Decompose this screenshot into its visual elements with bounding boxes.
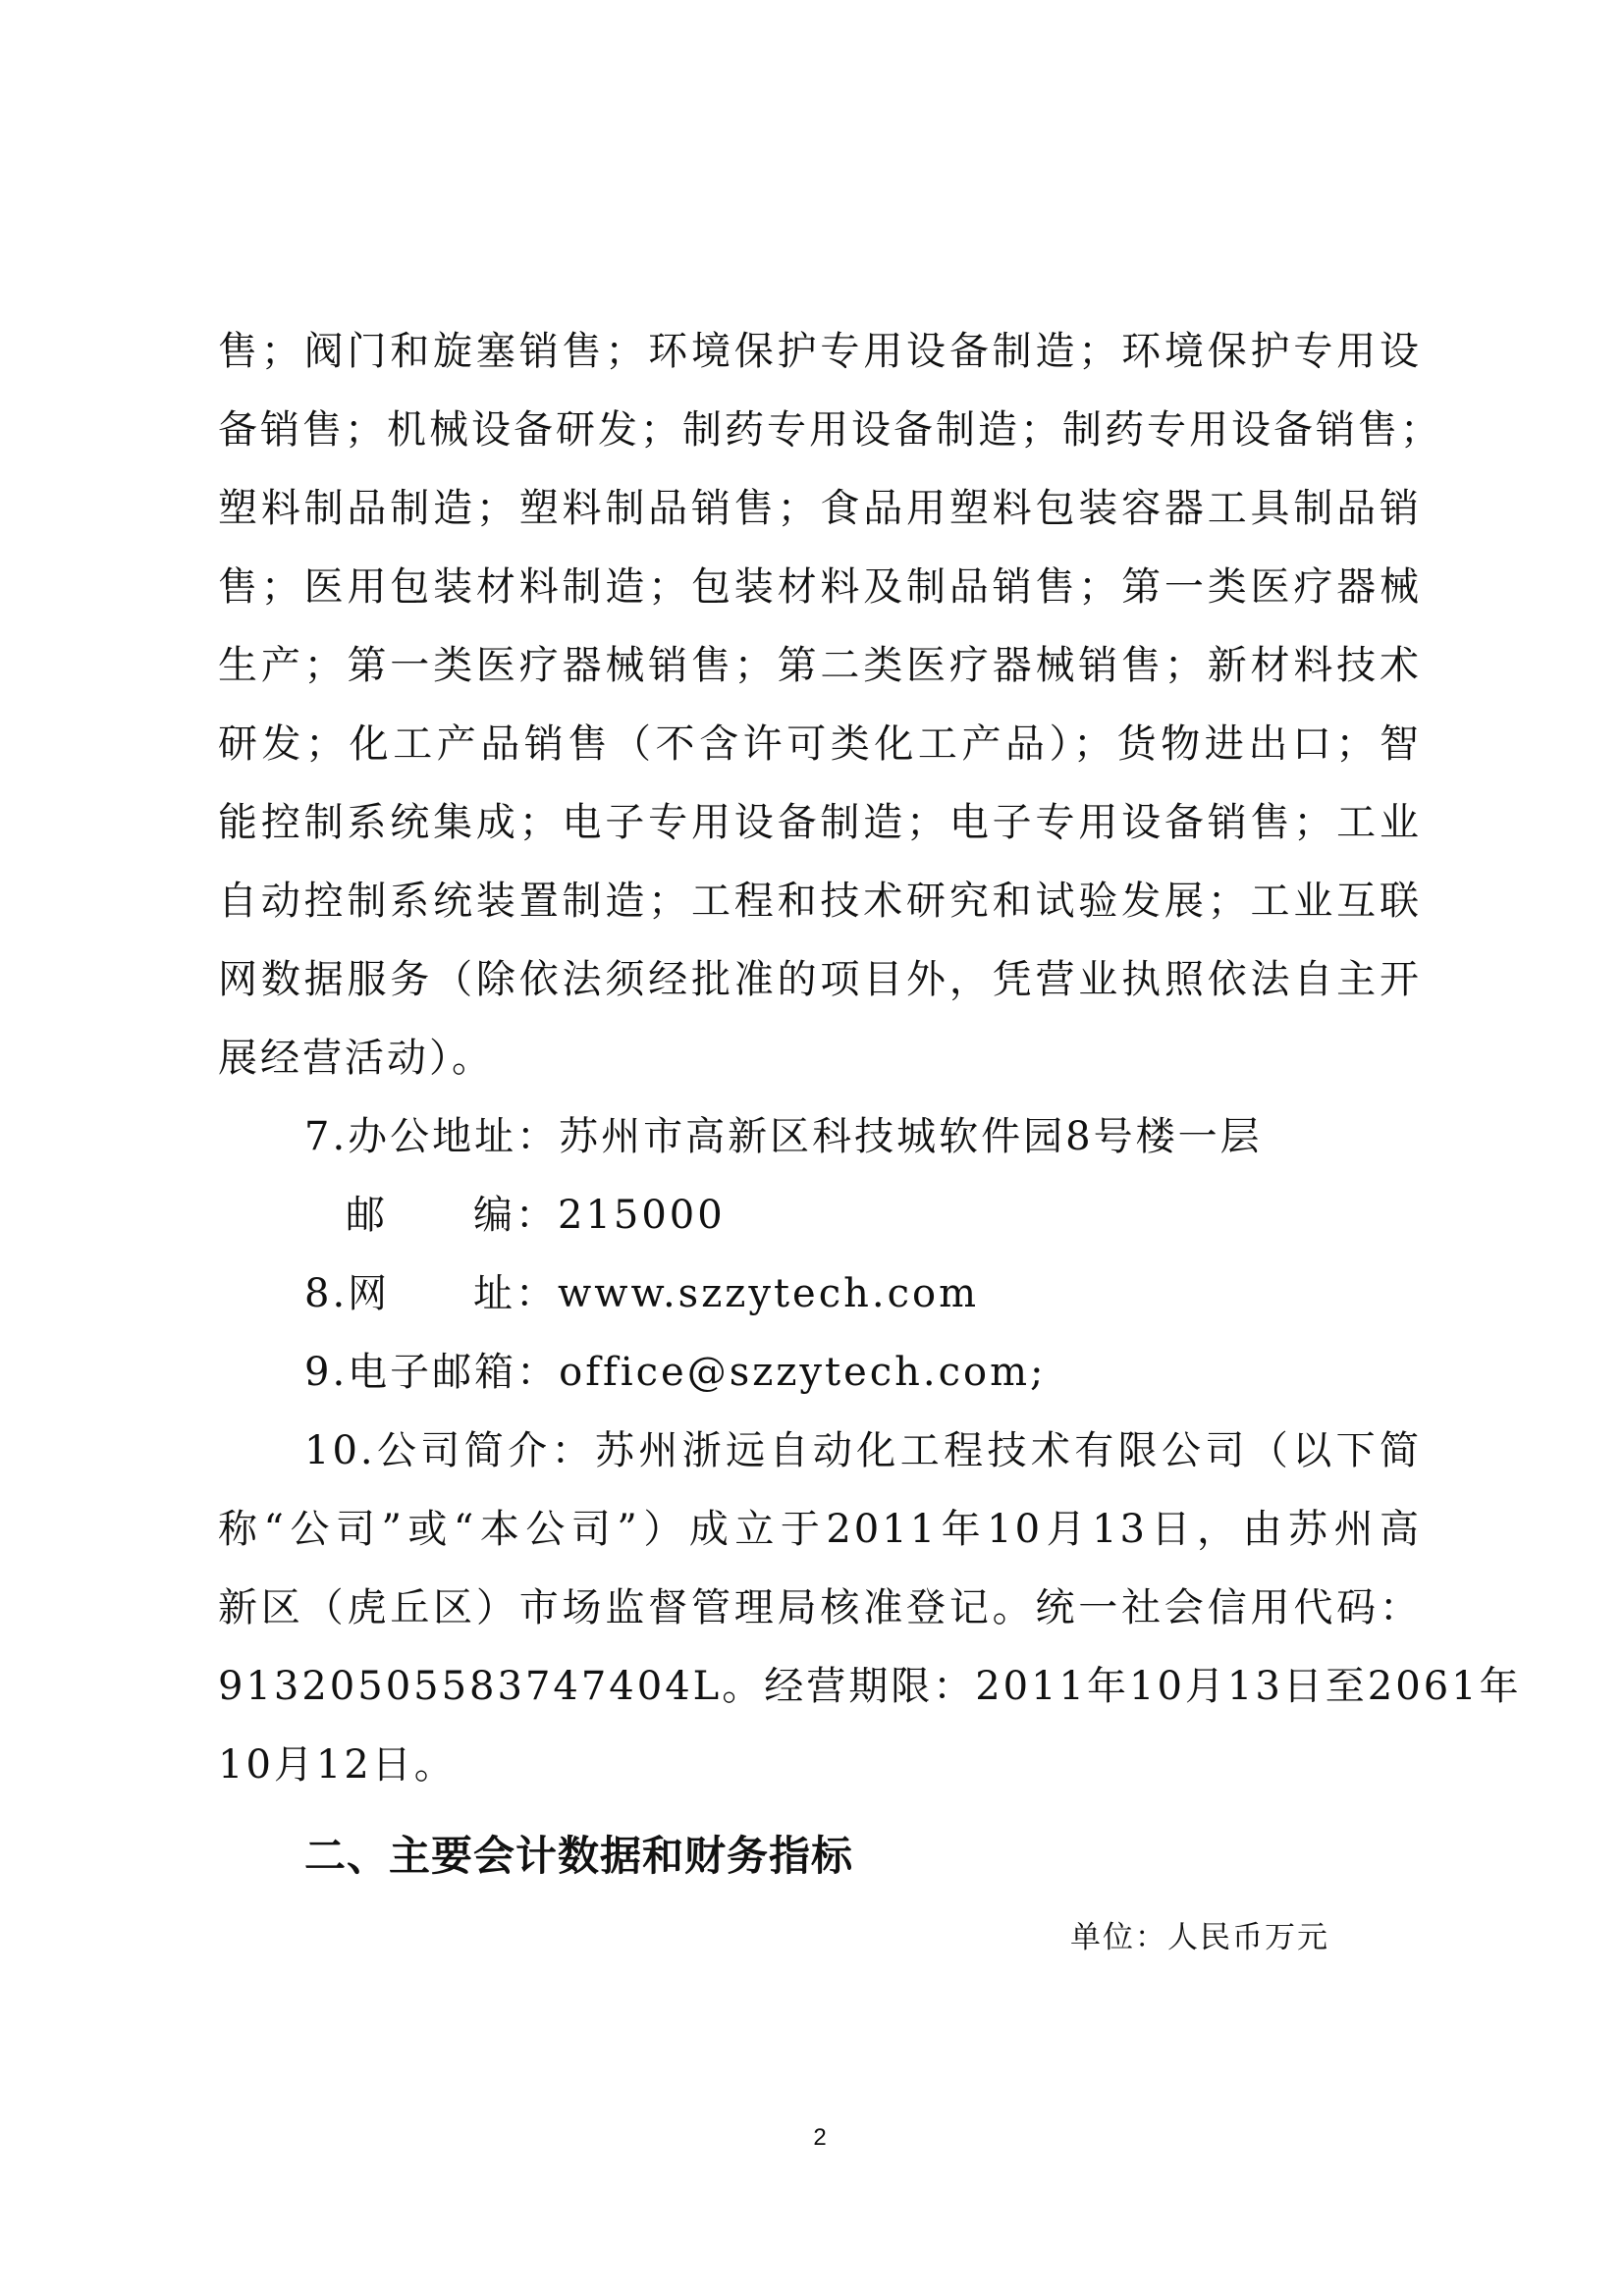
- postal-code-line: 邮编：215000: [218, 1176, 1422, 1255]
- scope-line-3: 塑料制品制造；塑料制品销售；食品用塑料包装容器工具制品销: [218, 469, 1422, 548]
- document-page: 售；阀门和旋塞销售；环境保护专用设备制造；环境保护专用设 备销售；机械设备研发；…: [0, 0, 1624, 2296]
- profile-line-4: 91320505583747404L。经营期限：2011年10月13日至2061…: [218, 1647, 1422, 1726]
- website-value: www.szzytech.com: [558, 1271, 979, 1316]
- email-line: 9.电子邮箱：office@szzytech.com;: [218, 1333, 1422, 1412]
- office-address-label: 7.办公地址：: [304, 1114, 559, 1159]
- office-address-line: 7.办公地址：苏州市高新区科技城软件园8号楼一层: [218, 1097, 1422, 1176]
- profile-line-5: 10月12日。: [218, 1726, 1422, 1804]
- scope-line-8: 自动控制系统装置制造；工程和技术研究和试验发展；工业互联: [218, 862, 1422, 940]
- email-label: 9.电子邮箱：: [304, 1350, 559, 1395]
- scope-line-6: 研发；化工产品销售（不含许可类化工产品）；货物进出口；智: [218, 705, 1422, 783]
- section-heading: 二、主要会计数据和财务指标: [304, 1824, 853, 1883]
- document-body: 售；阀门和旋塞销售；环境保护专用设备制造；环境保护专用设 备销售；机械设备研发；…: [218, 312, 1422, 1804]
- scope-line-9: 网数据服务（除依法须经批准的项目外，凭营业执照依法自主开: [218, 940, 1422, 1019]
- email-value: office@szzytech.com;: [559, 1350, 1046, 1395]
- postal-code-value: 215000: [558, 1193, 726, 1238]
- scope-line-7: 能控制系统集成；电子专用设备制造；电子专用设备销售；工业: [218, 783, 1422, 862]
- page-number: 2: [805, 2124, 835, 2152]
- website-label-first: 8.网: [304, 1255, 473, 1333]
- scope-line-1: 售；阀门和旋塞销售；环境保护专用设备制造；环境保护专用设: [218, 312, 1422, 391]
- postal-code-label-second: 编：: [473, 1193, 558, 1238]
- scope-line-10: 展经营活动）。: [218, 1019, 1422, 1097]
- profile-line-1: 10.公司简介：苏州浙远自动化工程技术有限公司（以下简: [218, 1412, 1422, 1490]
- website-line: 8.网址：www.szzytech.com: [218, 1255, 1422, 1333]
- profile-line-2: 称“公司”或“本公司”）成立于2011年10月13日，由苏州高: [218, 1490, 1422, 1569]
- scope-line-2: 备销售；机械设备研发；制药专用设备制造；制药专用设备销售；: [218, 391, 1422, 469]
- unit-label: 单位：人民币万元: [1070, 1912, 1329, 1956]
- profile-line-3: 新区（虎丘区）市场监督管理局核准登记。统一社会信用代码：: [218, 1569, 1422, 1647]
- scope-line-5: 生产；第一类医疗器械销售；第二类医疗器械销售；新材料技术: [218, 626, 1422, 705]
- postal-code-label-first: 邮: [346, 1176, 473, 1255]
- website-label-second: 址：: [473, 1271, 558, 1316]
- office-address-value: 苏州市高新区科技城软件园8号楼一层: [559, 1114, 1262, 1159]
- scope-line-4: 售；医用包装材料制造；包装材料及制品销售；第一类医疗器械: [218, 548, 1422, 626]
